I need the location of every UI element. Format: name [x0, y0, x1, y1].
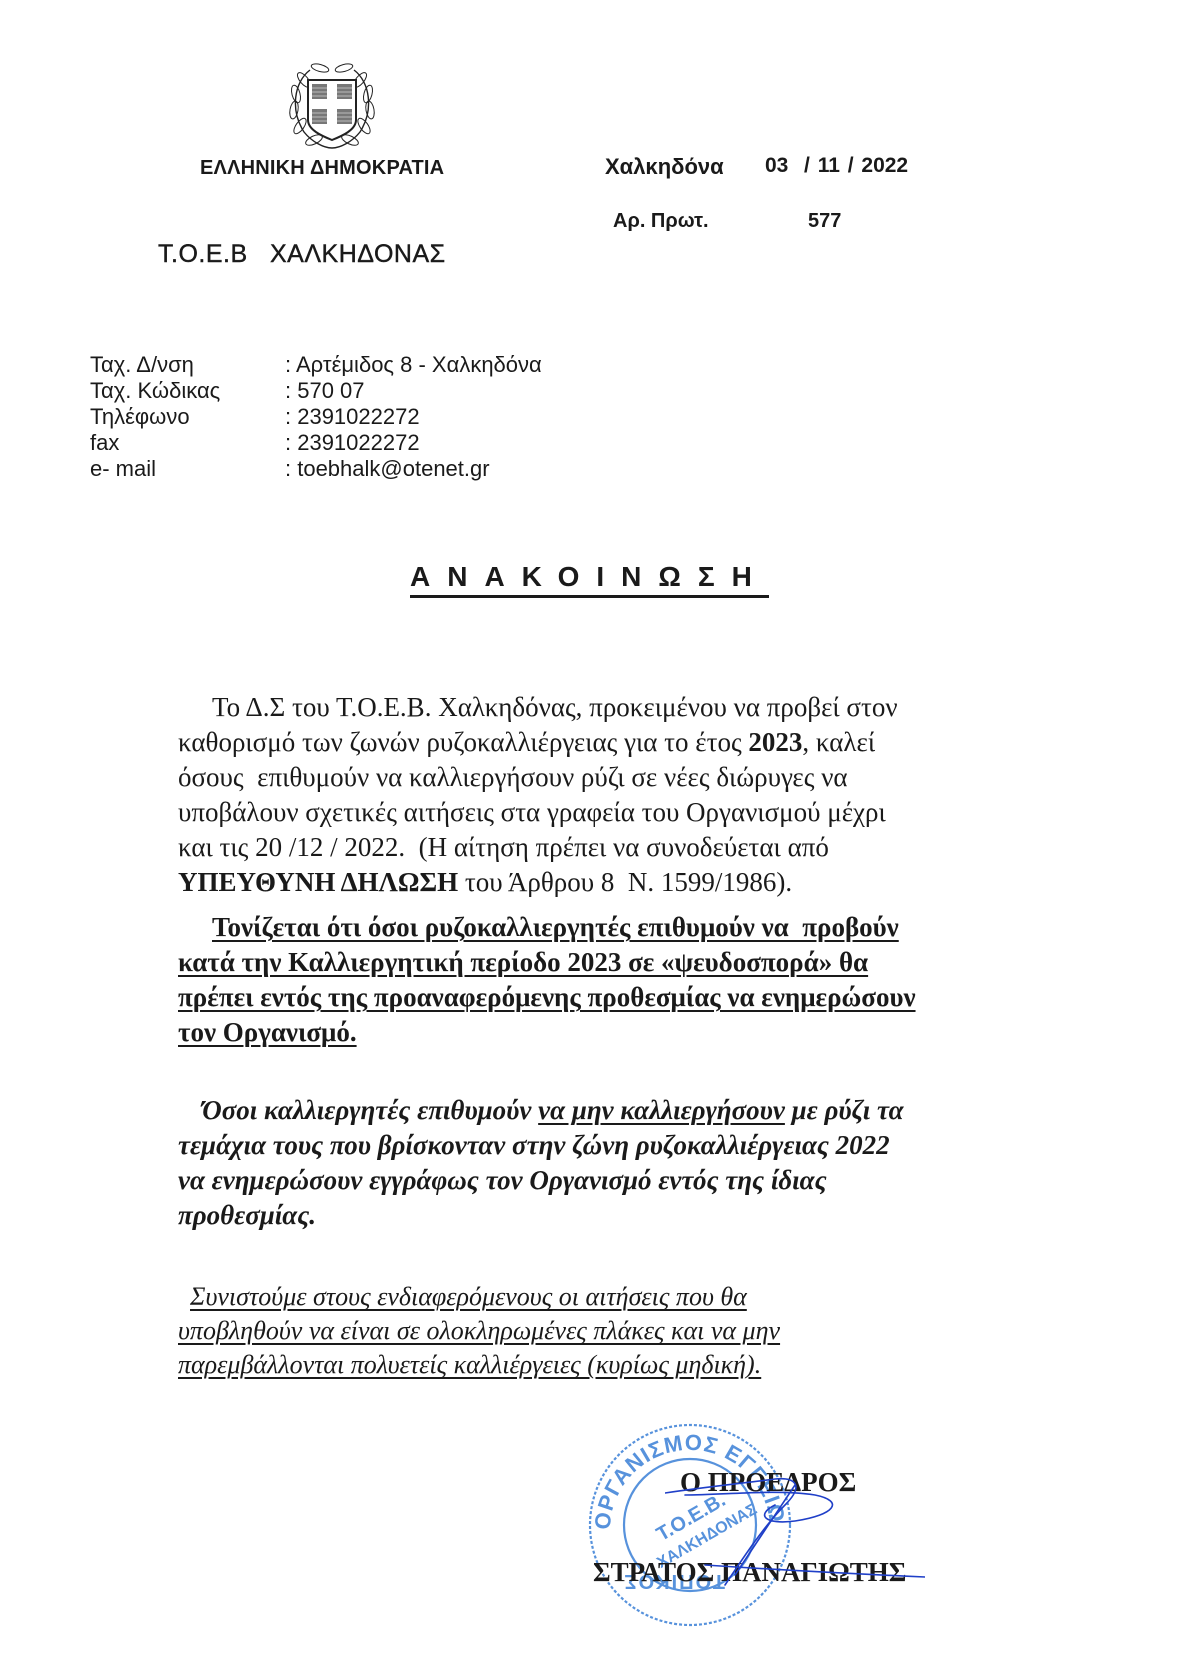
contact-value: : 570 07 — [285, 378, 365, 404]
paragraph-announcement: Το Δ.Σ του Τ.Ο.Ε.Β. Χαλκηδόνας, προκειμέ… — [178, 690, 1058, 900]
text-run: με ρύζι τα — [785, 1095, 904, 1125]
contact-label: fax — [90, 430, 285, 456]
paragraph-line: και τις 20 /12 / 2022. (Η αίτηση πρέπει … — [178, 830, 1058, 865]
underlined-emphasis: να μην καλλιεργήσουν — [538, 1095, 785, 1125]
greek-coat-of-arms-icon — [280, 58, 384, 154]
paragraph-line: ΥΠΕΥΘΥΝΗ ΔΗΛΩΣΗ του Άρθρου 8 Ν. 1599/198… — [178, 865, 1058, 900]
contact-label: Ταχ. Δ/νση — [90, 352, 285, 378]
paragraph-line: να ενημερώσουν εγγράφως τον Οργανισμό εν… — [178, 1163, 1058, 1198]
declaration-emphasis: ΥΠΕΥΘΥΝΗ ΔΗΛΩΣΗ — [178, 867, 458, 897]
contact-label: Τηλέφωνο — [90, 404, 285, 430]
paragraph-line: Τονίζεται ότι όσοι ρυζοκαλλιεργητές επιθ… — [178, 910, 1058, 945]
paragraph-recommendation: Συνιστούμε στους ενδιαφερόμενους οι αιτή… — [178, 1280, 1058, 1382]
paragraph-line: Συνιστούμε στους ενδιαφερόμενους οι αιτή… — [190, 1280, 1058, 1314]
protocol-number: 577 — [808, 210, 841, 233]
document-title: ΑΝΑΚΟΙΝΩΣΗ — [410, 561, 769, 598]
paragraph-line: Το Δ.Σ του Τ.Ο.Ε.Β. Χαλκηδόνας, προκειμέ… — [178, 690, 1058, 725]
paragraph-line: υποβάλουν σχετικές αιτήσεις στα γραφεία … — [178, 795, 1058, 830]
paragraph-line: τον Οργανισμό. — [178, 1015, 1058, 1050]
paragraph-pseudosowing-notice: Τονίζεται ότι όσοι ρυζοκαλλιεργητές επιθ… — [178, 910, 1058, 1050]
contact-value: : toebhalk@otenet.gr — [285, 456, 490, 482]
year-emphasis: 2023 — [748, 727, 802, 757]
contact-row-postcode: Ταχ. Κώδικας : 570 07 — [90, 378, 542, 404]
text-run: καθορισμό των ζωνών ρυζοκαλλιέργειας για… — [178, 727, 748, 757]
paragraph-line: Όσοι καλλιεργητές επιθυμούν να μην καλλι… — [178, 1093, 1058, 1128]
handwritten-signature — [665, 1465, 925, 1595]
paragraph-line: τεμάχια τους που βρίσκονταν στην ζώνη ρυ… — [178, 1128, 1058, 1163]
text-run: του Άρθρου 8 Ν. 1599/1986). — [458, 867, 792, 897]
paragraph-line: κατά την Καλλιεργητική περίοδο 2023 σε «… — [178, 945, 1058, 980]
paragraph-line: υποβληθούν να είναι σε ολοκληρωμένες πλά… — [178, 1314, 1058, 1348]
paragraph-line: παρεμβάλλονται πολυετείς καλλιέργειες (κ… — [178, 1348, 1058, 1382]
contact-row-phone: Τηλέφωνο : 2391022272 — [90, 404, 542, 430]
place-label: Χαλκηδόνα — [605, 154, 724, 180]
document-date: 03 / 11 / 2022 — [765, 154, 908, 178]
paragraph-line: καθορισμό των ζωνών ρυζοκαλλιέργειας για… — [178, 725, 1058, 760]
paragraph-no-cultivation: Όσοι καλλιεργητές επιθυμούν να μην καλλι… — [178, 1093, 1058, 1233]
contact-label: e- mail — [90, 456, 285, 482]
organization-name: Τ.Ο.Ε.Β ΧΑΛΚΗΔΟΝΑΣ — [158, 240, 446, 269]
republic-label: ΕΛΛΗΝΙΚΗ ΔΗΜΟΚΡΑΤΙΑ — [200, 157, 444, 180]
contact-value: : 2391022272 — [285, 404, 420, 430]
protocol-label: Αρ. Πρωτ. — [613, 210, 709, 233]
contact-row-fax: fax : 2391022272 — [90, 430, 542, 456]
contact-value: : 2391022272 — [285, 430, 420, 456]
contact-value: : Αρτέμιδος 8 - Χαλκηδόνα — [285, 352, 542, 378]
paragraph-line: πρέπει εντός της προαναφερόμενης προθεσμ… — [178, 980, 1058, 1015]
contact-label: Ταχ. Κώδικας — [90, 378, 285, 404]
text-run: Όσοι καλλιεργητές επιθυμούν — [202, 1095, 538, 1125]
contact-row-address: Ταχ. Δ/νση : Αρτέμιδος 8 - Χαλκηδόνα — [90, 352, 542, 378]
text-run: , καλεί — [802, 727, 875, 757]
contact-block: Ταχ. Δ/νση : Αρτέμιδος 8 - Χαλκηδόνα Ταχ… — [90, 352, 542, 482]
contact-row-email: e- mail : toebhalk@otenet.gr — [90, 456, 542, 482]
paragraph-line: όσους επιθυμούν να καλλιεργήσουν ρύζι σε… — [178, 760, 1058, 795]
paragraph-line: προθεσμίας. — [178, 1198, 1058, 1233]
